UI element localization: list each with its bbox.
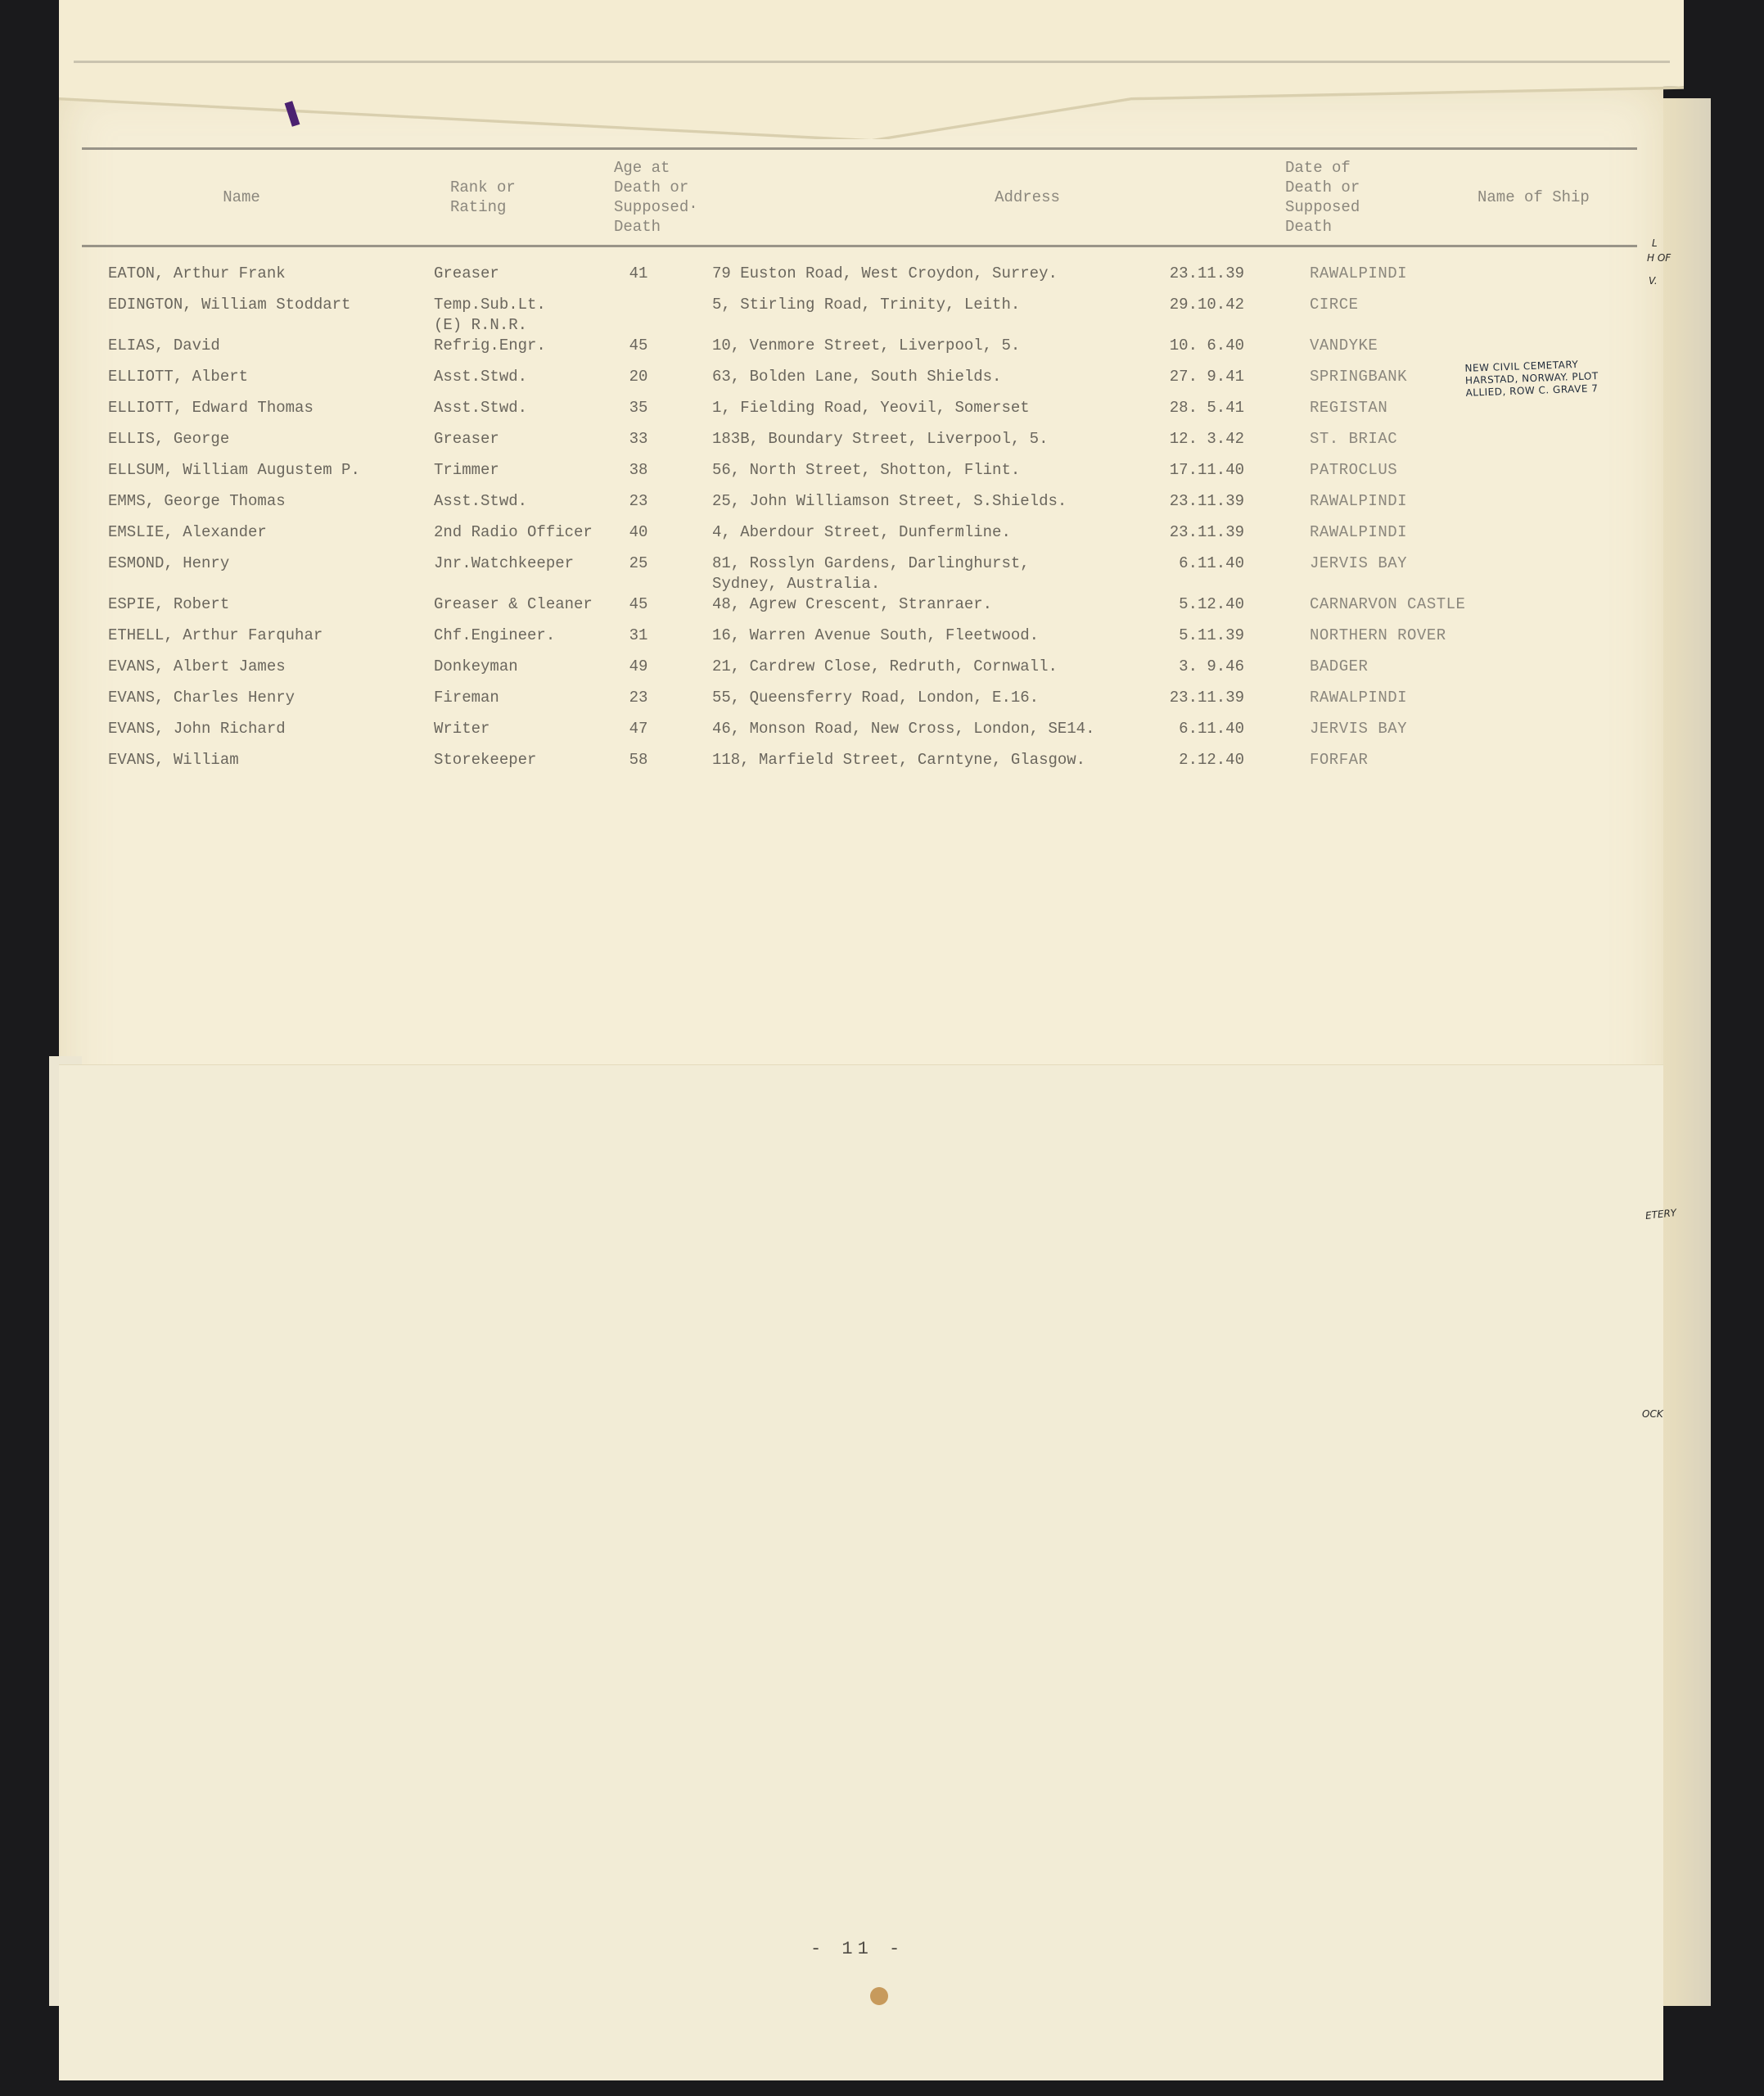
cell-ship: FORFAR [1277,750,1555,781]
cell-name: ESMOND, Henry [82,553,434,594]
cell-date: 23.11.39 [1113,522,1277,553]
cell-ship: REGISTAN [1277,398,1555,429]
cell-age: 49 [606,657,696,688]
cell-address: 21, Cardrew Close, Redruth, Cornwall. [696,657,1113,688]
page-number: - 11 - [810,1939,905,1959]
cell-date: 2.12.40 [1113,750,1277,781]
cell-age: 31 [606,626,696,657]
cell-age: 38 [606,460,696,491]
cell-address: 16, Warren Avenue South, Fleetwood. [696,626,1113,657]
cell-address: 1, Fielding Road, Yeovil, Somerset [696,398,1113,429]
cell-address: 46, Monson Road, New Cross, London, SE14… [696,719,1113,750]
table-row: EVANS, John RichardWriter4746, Monson Ro… [82,719,1637,750]
cell-age: 40 [606,522,696,553]
cell-address: 4, Aberdour Street, Dunfermline. [696,522,1113,553]
table-row: EATON, Arthur FrankGreaser4179 Euston Ro… [82,264,1637,295]
cell-address: 55, Queensferry Road, London, E.16. [696,688,1113,719]
table-row: ETHELL, Arthur FarquharChf.Engineer.3116… [82,626,1637,657]
table-row: ESMOND, HenryJnr.Watchkeeper2581, Rossly… [82,553,1637,594]
cell-age: 45 [606,594,696,626]
document-sheet-lower-fold [59,1064,1663,2080]
cell-address: 48, Agrew Crescent, Stranraer. [696,594,1113,626]
cell-date: 28. 5.41 [1113,398,1277,429]
cell-address: 118, Marfield Street, Carntyne, Glasgow. [696,750,1113,781]
cell-ship: BADGER [1277,657,1555,688]
cell-rank: Greaser [434,264,606,295]
paper-stain [870,1987,888,2005]
cell-address: 56, North Street, Shotton, Flint. [696,460,1113,491]
cell-age: 25 [606,553,696,594]
margin-note: L [1652,237,1658,249]
cell-rank: Refrig.Engr. [434,336,606,367]
col-header-name: Name [82,187,450,207]
cell-address: 81, Rosslyn Gardens, Darlinghurst, Sydne… [696,553,1113,594]
cell-date: 17.11.40 [1113,460,1277,491]
cell-name: ETHELL, Arthur Farquhar [82,626,434,657]
col-header-age: Age at Death or Supposed· Death [614,158,769,237]
cell-date: 3. 9.46 [1113,657,1277,688]
margin-note: V. [1649,275,1658,287]
cell-name: EMSLIE, Alexander [82,522,434,553]
cell-rank: Chf.Engineer. [434,626,606,657]
cell-address: 63, Bolden Lane, South Shields. [696,367,1113,398]
cell-rank: Trimmer [434,460,606,491]
cell-address: 183B, Boundary Street, Liverpool, 5. [696,429,1113,460]
cell-ship: NORTHERN ROVER [1277,626,1555,657]
header-top-rule [82,147,1637,150]
cell-date: 5.12.40 [1113,594,1277,626]
cell-ship: JERVIS BAY [1277,719,1555,750]
cell-date: 6.11.40 [1113,719,1277,750]
cell-date: 23.11.39 [1113,688,1277,719]
col-header-date: Date of Death or Supposed Death [1285,158,1449,237]
cell-age [606,295,696,336]
margin-note: OCK [1642,1408,1663,1420]
cell-address: 25, John Williamson Street, S.Shields. [696,491,1113,522]
cell-ship: RAWALPINDI [1277,264,1555,295]
margin-note: H OF [1647,252,1671,264]
cell-age: 23 [606,491,696,522]
cell-date: 10. 6.40 [1113,336,1277,367]
cell-date: 23.11.39 [1113,491,1277,522]
table-row: ELIAS, DavidRefrig.Engr.4510, Venmore St… [82,336,1637,367]
cell-rank: Jnr.Watchkeeper [434,553,606,594]
table-row: ELLIOTT, Edward ThomasAsst.Stwd.351, Fie… [82,398,1637,429]
cell-rank: Greaser [434,429,606,460]
cell-rank: Greaser & Cleaner [434,594,606,626]
cell-age: 33 [606,429,696,460]
cell-name: EMMS, George Thomas [82,491,434,522]
cell-name: ESPIE, Robert [82,594,434,626]
cell-date: 6.11.40 [1113,553,1277,594]
col-header-ship: Name of Ship [1449,187,1637,207]
table-row: EVANS, Charles HenryFireman2355, Queensf… [82,688,1637,719]
table-row: ELLIS, GeorgeGreaser33183B, Boundary Str… [82,429,1637,460]
cell-date: 29.10.42 [1113,295,1277,336]
col-header-address: Address [769,187,1285,207]
table-body: EATON, Arthur FrankGreaser4179 Euston Ro… [82,247,1637,781]
table-row: ELLSUM, William Augustem P.Trimmer3856, … [82,460,1637,491]
table-row: EDINGTON, William StoddartTemp.Sub.Lt. (… [82,295,1637,336]
table-header: Name Rank or Rating Age at Death or Supp… [82,150,1637,245]
cell-name: ELLSUM, William Augustem P. [82,460,434,491]
cell-rank: Writer [434,719,606,750]
table-row: EVANS, WilliamStorekeeper58118, Marfield… [82,750,1637,781]
cell-age: 23 [606,688,696,719]
cell-rank: Asst.Stwd. [434,398,606,429]
cell-age: 41 [606,264,696,295]
cell-age: 45 [606,336,696,367]
table-row: ESPIE, RobertGreaser & Cleaner4548, Agre… [82,594,1637,626]
cell-rank: 2nd Radio Officer [434,522,606,553]
cell-ship: JERVIS BAY [1277,553,1555,594]
cell-ship: CARNARVON CASTLE [1277,594,1555,626]
cell-ship: PATROCLUS [1277,460,1555,491]
table-row: EMMS, George ThomasAsst.Stwd.2325, John … [82,491,1637,522]
cell-age: 47 [606,719,696,750]
cell-address: 10, Venmore Street, Liverpool, 5. [696,336,1113,367]
cell-name: ELLIOTT, Edward Thomas [82,398,434,429]
cell-date: 27. 9.41 [1113,367,1277,398]
header-bottom-rule [82,245,1637,247]
col-header-rank: Rank or Rating [450,178,614,217]
cell-rank: Fireman [434,688,606,719]
cell-ship: RAWALPINDI [1277,522,1555,553]
cell-rank: Asst.Stwd. [434,491,606,522]
cell-age: 20 [606,367,696,398]
cell-age: 35 [606,398,696,429]
previous-page-rule [74,61,1670,63]
cell-address: 79 Euston Road, West Croydon, Surrey. [696,264,1113,295]
cell-name: EVANS, John Richard [82,719,434,750]
cell-name: EDINGTON, William Stoddart [82,295,434,336]
table-row: EMSLIE, Alexander2nd Radio Officer404, A… [82,522,1637,553]
cell-date: 12. 3.42 [1113,429,1277,460]
cell-date: 5.11.39 [1113,626,1277,657]
cell-rank: Donkeyman [434,657,606,688]
cell-ship: ST. BRIAC [1277,429,1555,460]
cell-rank: Storekeeper [434,750,606,781]
cell-ship: RAWALPINDI [1277,688,1555,719]
casualty-register-table: Name Rank or Rating Age at Death or Supp… [82,147,1637,781]
cell-ship: RAWALPINDI [1277,491,1555,522]
cell-name: ELLIS, George [82,429,434,460]
handwritten-grave-note: NEW CIVIL CEMETARY HARSTAD, NORWAY. PLOT… [1464,358,1599,400]
cell-date: 23.11.39 [1113,264,1277,295]
cell-age: 58 [606,750,696,781]
cell-name: EVANS, Charles Henry [82,688,434,719]
cell-name: EVANS, Albert James [82,657,434,688]
cell-name: ELLIOTT, Albert [82,367,434,398]
cell-name: EVANS, William [82,750,434,781]
cell-name: ELIAS, David [82,336,434,367]
table-row: EVANS, Albert JamesDonkeyman4921, Cardre… [82,657,1637,688]
cell-rank: Asst.Stwd. [434,367,606,398]
cell-name: EATON, Arthur Frank [82,264,434,295]
cell-ship: CIRCE [1277,295,1555,336]
table-row: ELLIOTT, AlbertAsst.Stwd.2063, Bolden La… [82,367,1637,398]
cell-address: 5, Stirling Road, Trinity, Leith. [696,295,1113,336]
cell-rank: Temp.Sub.Lt. (E) R.N.R. [434,295,606,336]
